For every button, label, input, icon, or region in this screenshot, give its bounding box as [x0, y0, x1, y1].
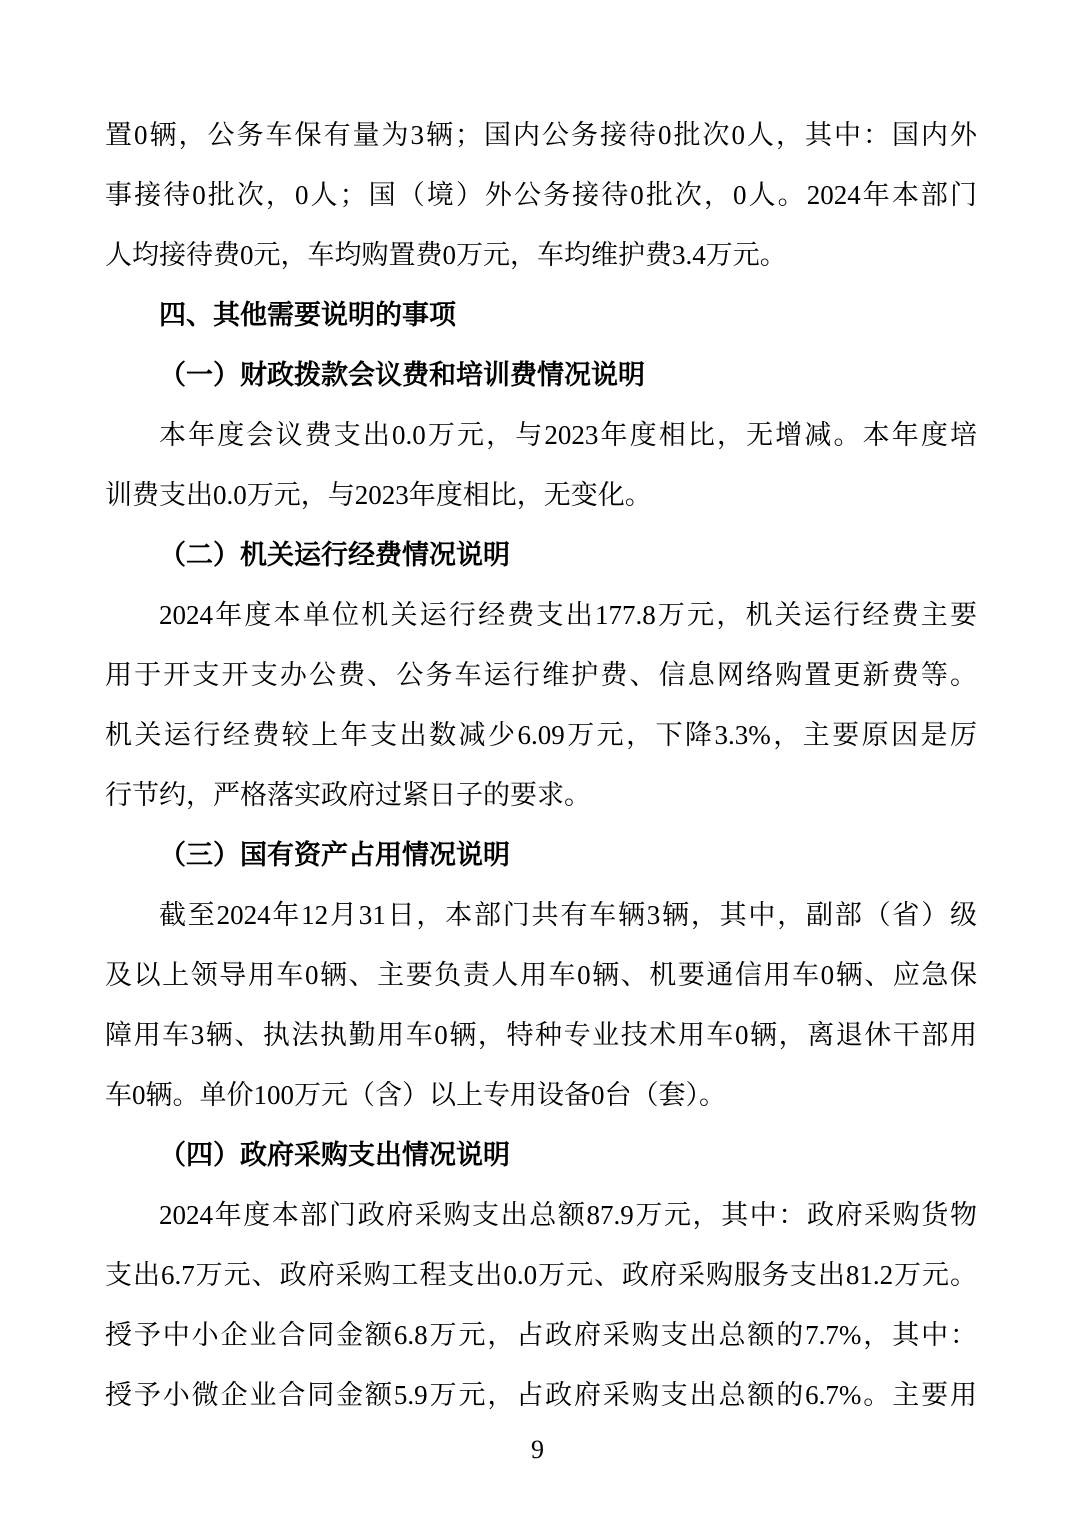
body-line: 授予中小企业合同金额6.8万元，占政府采购支出总额的7.7%，其中：	[105, 1305, 977, 1365]
body-line: 授予小微企业合同金额5.9万元，占政府采购支出总额的6.7%。主要用	[105, 1365, 977, 1425]
document-page: 置0辆，公务车保有量为3辆；国内公务接待0批次0人，其中：国内外 事接待0批次，…	[0, 0, 1075, 1520]
document-content: 置0辆，公务车保有量为3辆；国内公务接待0批次0人，其中：国内外 事接待0批次，…	[105, 105, 977, 1425]
body-line: 2024年度本单位机关运行经费支出177.8万元，机关运行经费主要	[105, 585, 977, 645]
page-number: 9	[531, 1435, 544, 1464]
body-line: 车0辆。单价100万元（含）以上专用设备0台（套）。	[105, 1065, 977, 1125]
body-line: 用于开支开支办公费、公务车运行维护费、信息网络购置更新费等。	[105, 645, 977, 705]
subsection-heading: （一）财政拨款会议费和培训费情况说明	[105, 345, 977, 405]
body-line: 行节约，严格落实政府过紧日子的要求。	[105, 765, 977, 825]
body-line: 本年度会议费支出0.0万元，与2023年度相比，无增减。本年度培	[105, 405, 977, 465]
body-line: 2024年度本部门政府采购支出总额87.9万元，其中：政府采购货物	[105, 1185, 977, 1245]
body-line: 及以上领导用车0辆、主要负责人用车0辆、机要通信用车0辆、应急保	[105, 945, 977, 1005]
body-line: 机关运行经费较上年支出数减少6.09万元，下降3.3%，主要原因是厉	[105, 705, 977, 765]
body-line: 支出6.7万元、政府采购工程支出0.0万元、政府采购服务支出81.2万元。	[105, 1245, 977, 1305]
subsection-heading: （四）政府采购支出情况说明	[105, 1125, 977, 1185]
section-heading: 四、其他需要说明的事项	[105, 285, 977, 345]
page-footer: 9	[0, 1428, 1075, 1472]
body-line: 事接待0批次，0人；国（境）外公务接待0批次，0人。2024年本部门	[105, 165, 977, 225]
body-line: 人均接待费0元，车均购置费0万元，车均维护费3.4万元。	[105, 225, 977, 285]
subsection-heading: （三）国有资产占用情况说明	[105, 825, 977, 885]
body-line: 置0辆，公务车保有量为3辆；国内公务接待0批次0人，其中：国内外	[105, 105, 977, 165]
body-line: 障用车3辆、执法执勤用车0辆，特种专业技术用车0辆，离退休干部用	[105, 1005, 977, 1065]
body-line: 训费支出0.0万元，与2023年度相比，无变化。	[105, 465, 977, 525]
body-line: 截至2024年12月31日，本部门共有车辆3辆，其中，副部（省）级	[105, 885, 977, 945]
subsection-heading: （二）机关运行经费情况说明	[105, 525, 977, 585]
